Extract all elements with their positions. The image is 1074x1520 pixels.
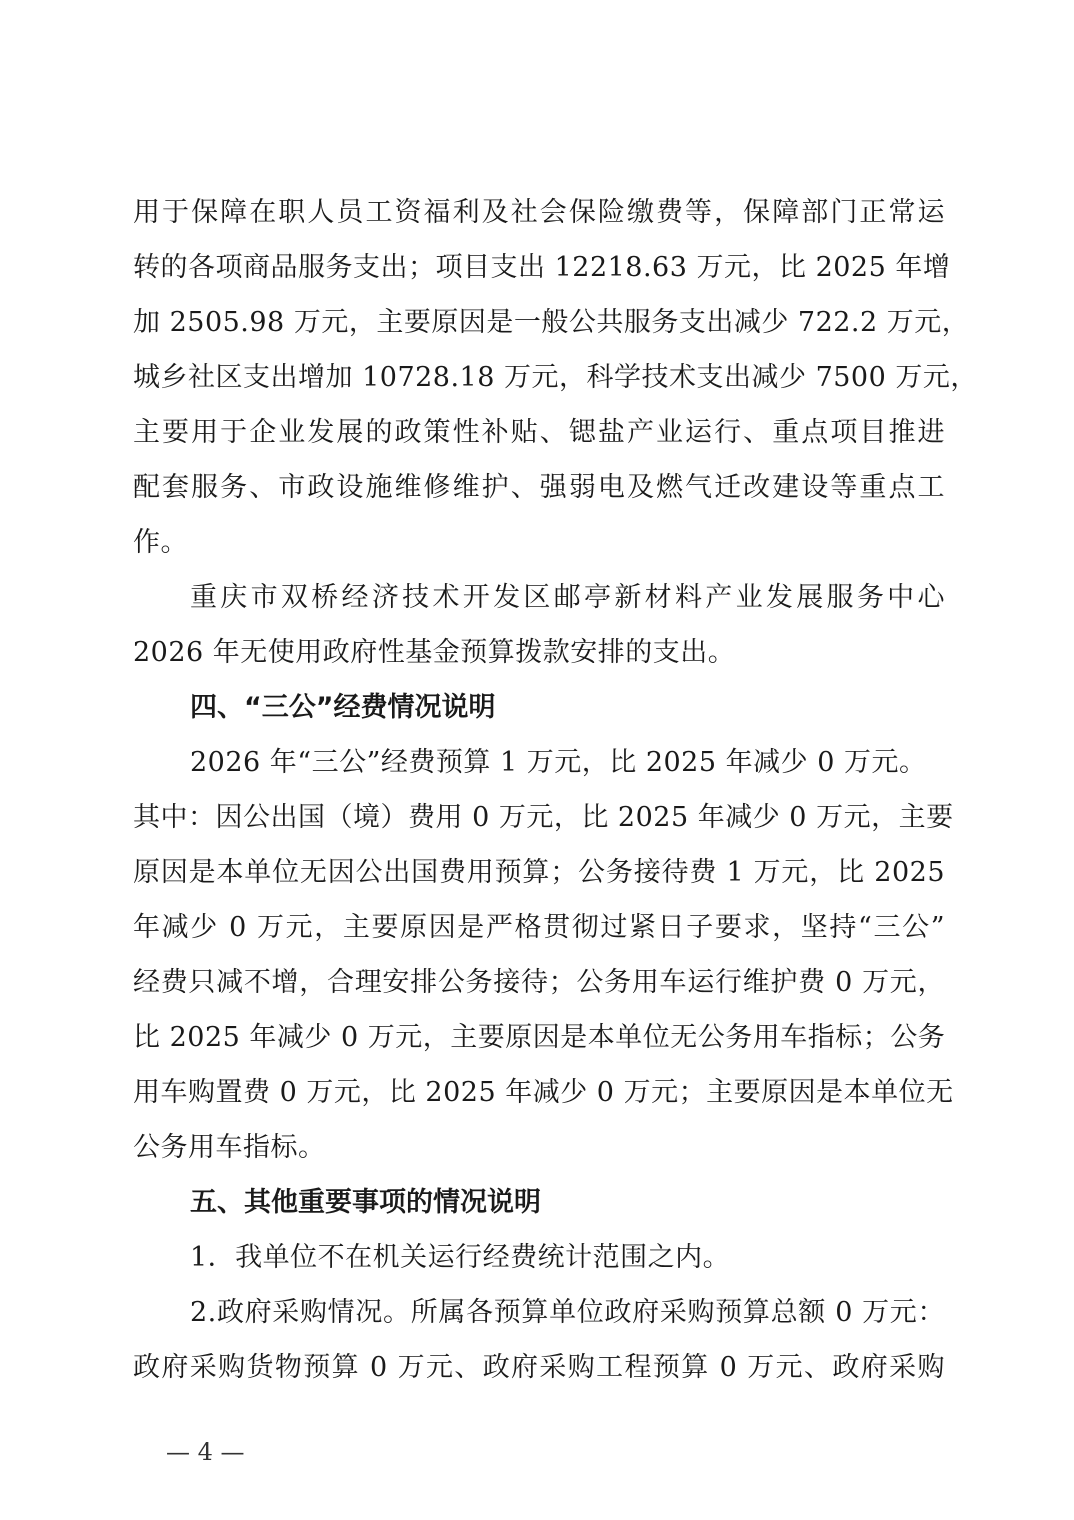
section-heading: 五、其他重要事项的情况说明 bbox=[190, 1183, 541, 1223]
paragraph-line: 1．我单位不在机关运行经费统计范围之内。 bbox=[190, 1238, 945, 1278]
page-number: — 4 — bbox=[166, 1437, 245, 1467]
paragraph-line: 转的各项商品服务支出；项目支出 12218.63 万元，比 2025 年增 bbox=[133, 248, 945, 288]
paragraph-line: 2.政府采购情况。所属各预算单位政府采购预算总额 0 万元： bbox=[190, 1293, 945, 1333]
paragraph-line: 原因是本单位无因公出国费用预算；公务接待费 1 万元，比 2025 bbox=[133, 853, 945, 893]
paragraph-line: 城乡社区支出增加 10728.18 万元，科学技术支出减少 7500 万元， bbox=[133, 358, 945, 398]
paragraph-line: 配套服务、市政设施维修维护、强弱电及燃气迁改建设等重点工 bbox=[133, 468, 945, 508]
paragraph-line: 重庆市双桥经济技术开发区邮亭新材料产业发展服务中心 bbox=[190, 578, 945, 618]
paragraph-line: 年减少 0 万元，主要原因是严格贯彻过紧日子要求，坚持“三公” bbox=[133, 908, 945, 948]
section-heading: 四、“三公”经费情况说明 bbox=[190, 688, 496, 728]
paragraph-line: 用车购置费 0 万元，比 2025 年减少 0 万元；主要原因是本单位无 bbox=[133, 1073, 945, 1113]
paragraph-line: 政府采购货物预算 0 万元、政府采购工程预算 0 万元、政府采购 bbox=[133, 1348, 945, 1388]
paragraph-line: 经费只减不增，合理安排公务接待；公务用车运行维护费 0 万元， bbox=[133, 963, 945, 1003]
paragraph-line: 主要用于企业发展的政策性补贴、锶盐产业运行、重点项目推进 bbox=[133, 413, 945, 453]
document-page: 用于保障在职人员工资福利及社会保险缴费等，保障部门正常运 转的各项商品服务支出；… bbox=[0, 0, 1074, 1520]
paragraph-line: 比 2025 年减少 0 万元，主要原因是本单位无公务用车指标；公务 bbox=[133, 1018, 945, 1058]
paragraph-line: 公务用车指标。 bbox=[133, 1128, 945, 1168]
paragraph-line: 2026 年无使用政府性基金预算拨款安排的支出。 bbox=[133, 633, 945, 673]
paragraph-line: 2026 年“三公”经费预算 1 万元，比 2025 年减少 0 万元。 bbox=[190, 743, 945, 783]
paragraph-line: 其中：因公出国（境）费用 0 万元，比 2025 年减少 0 万元，主要 bbox=[133, 798, 945, 838]
paragraph-line: 作。 bbox=[133, 523, 945, 563]
paragraph-line: 加 2505.98 万元，主要原因是一般公共服务支出减少 722.2 万元， bbox=[133, 303, 945, 343]
paragraph-line: 用于保障在职人员工资福利及社会保险缴费等，保障部门正常运 bbox=[133, 193, 945, 233]
